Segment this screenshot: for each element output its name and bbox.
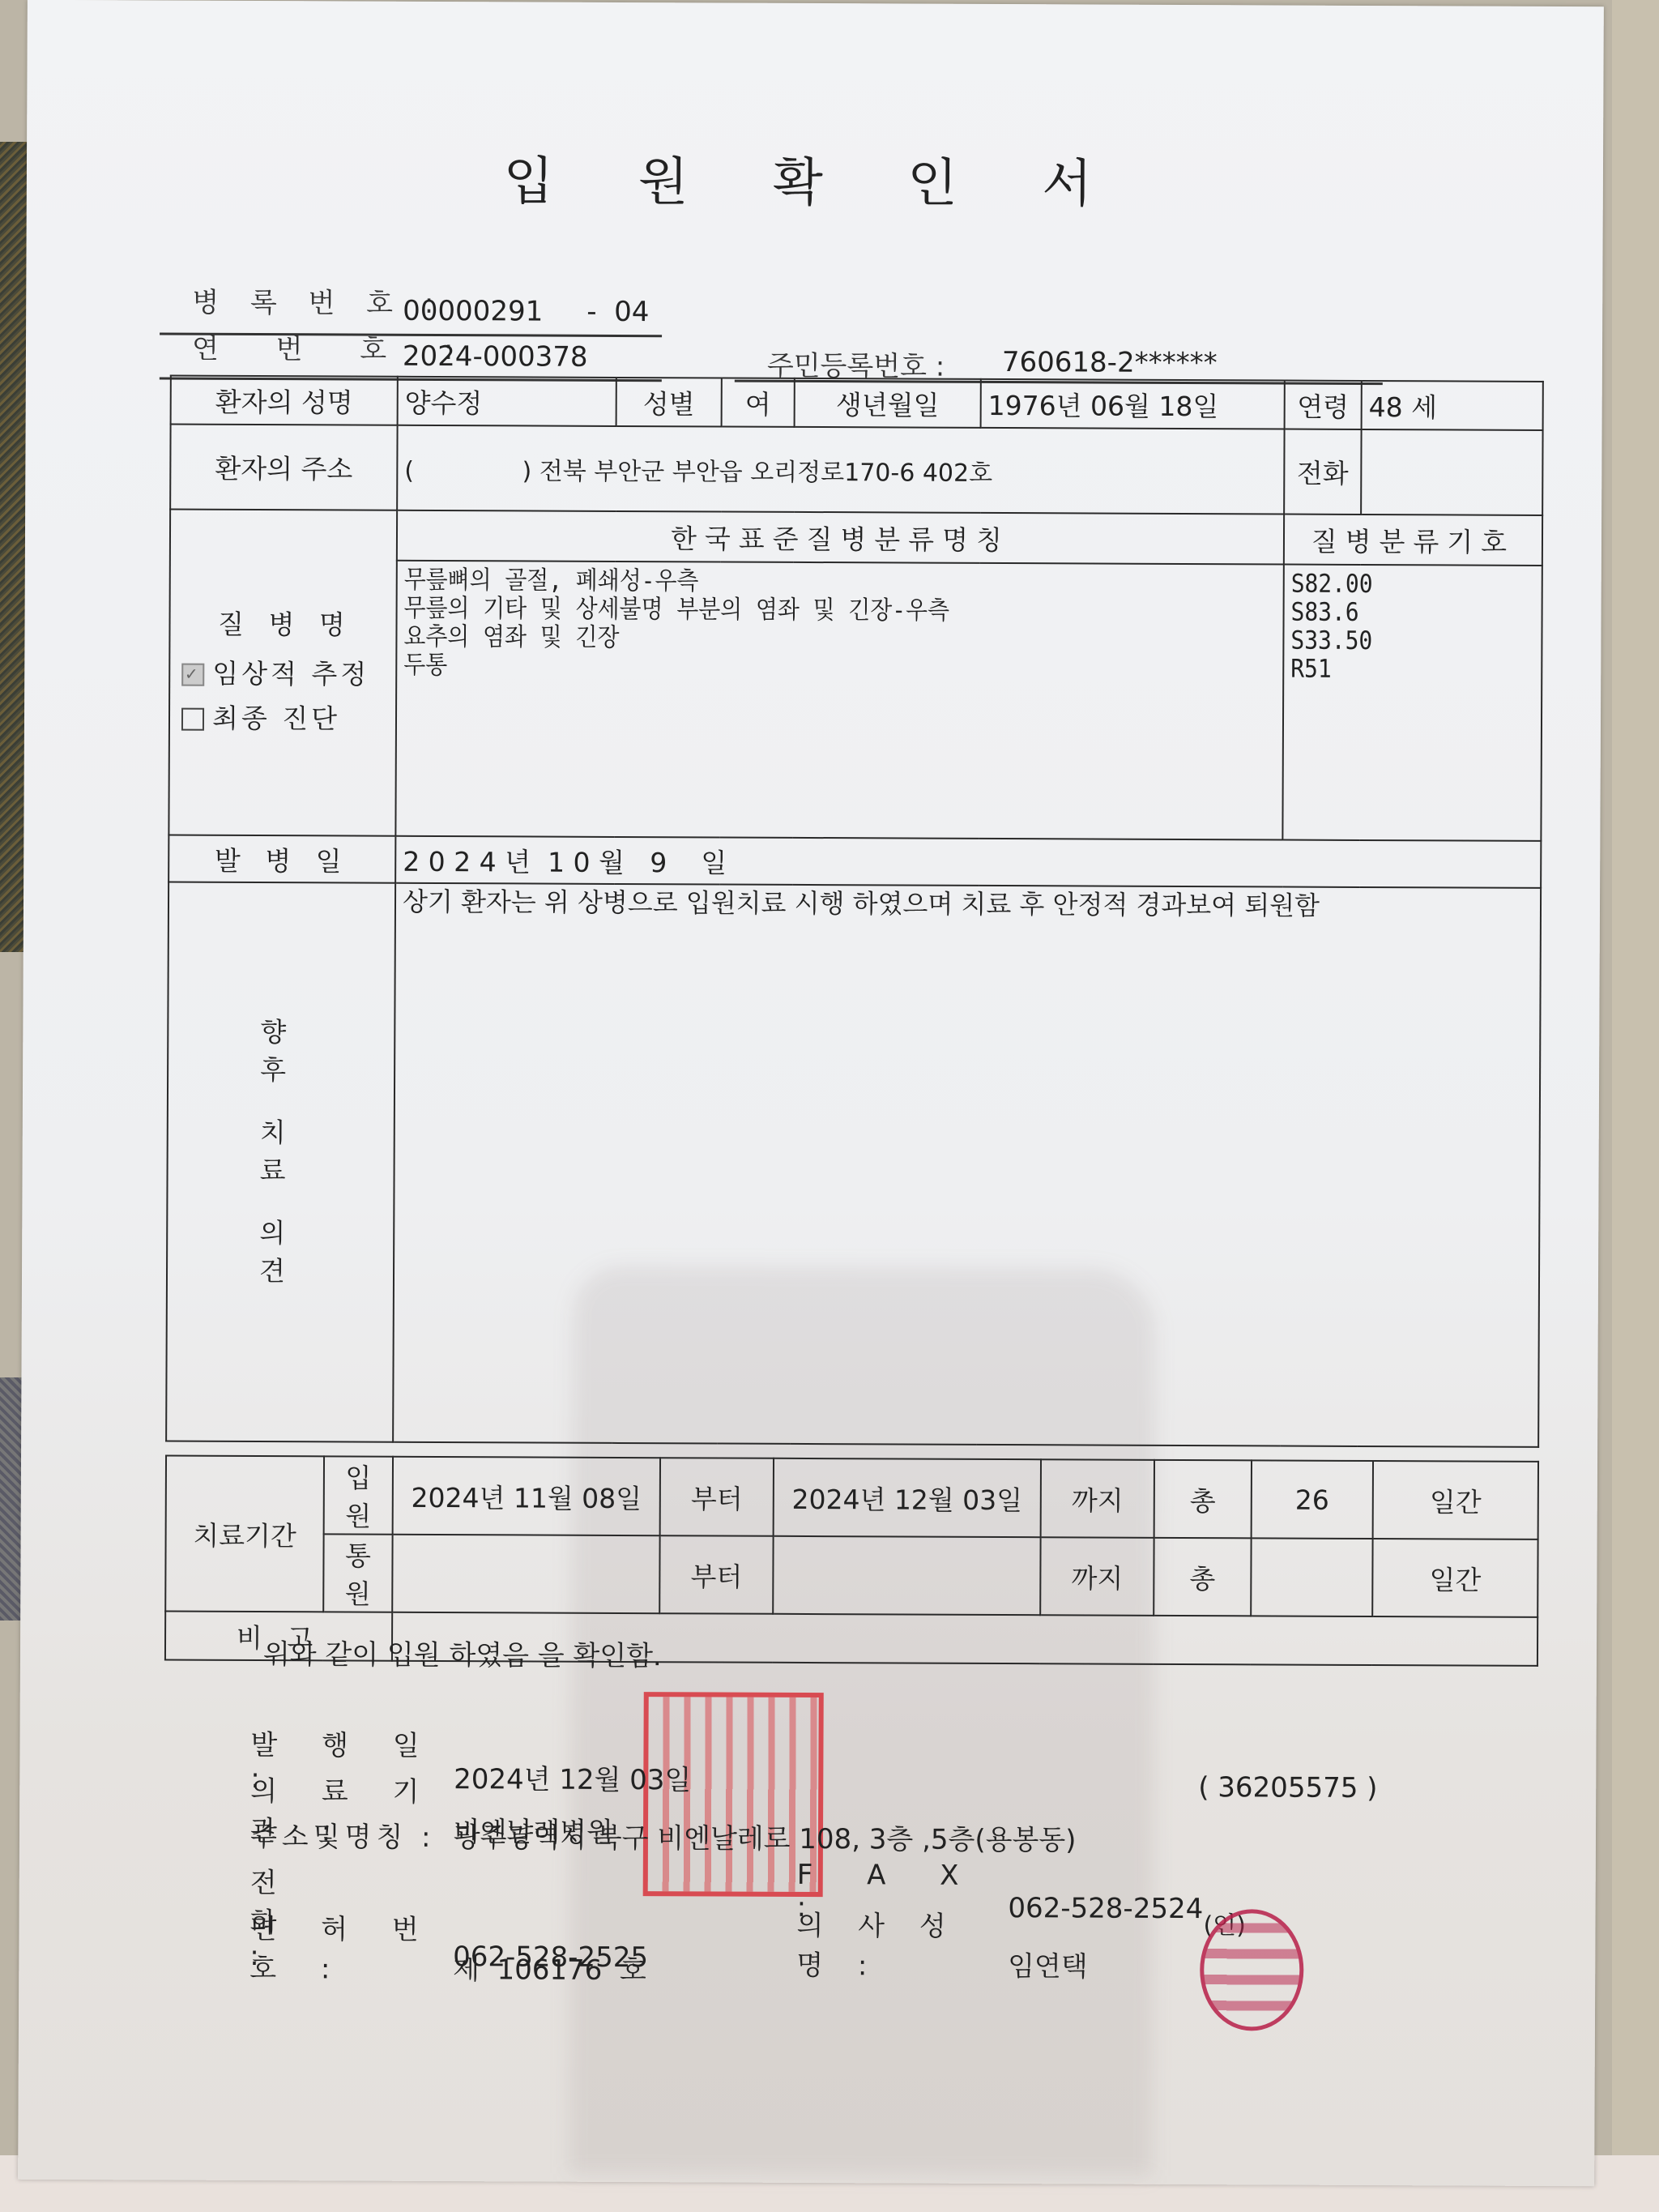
patient-name-label: 환자의 성명 bbox=[171, 376, 398, 425]
diagnosis-code: S82.00 bbox=[1291, 570, 1511, 600]
hospital-address-label: 주소및명칭 : bbox=[250, 1814, 445, 1855]
kcd-name-header: 한국표준질병분류명칭 bbox=[397, 510, 1284, 565]
kcd-code-header: 질병분류기호 bbox=[1284, 515, 1542, 566]
opinion-label-line: 향 후 bbox=[175, 1011, 388, 1112]
phone-label: 전화 bbox=[1284, 429, 1361, 515]
sex-label: 성별 bbox=[616, 378, 722, 427]
diagnosis-code: S83.6 bbox=[1291, 599, 1511, 628]
treatment-row: 통 원부터까지총일간 bbox=[165, 1534, 1537, 1617]
treatment-to bbox=[773, 1536, 1040, 1615]
rrn: 760618-2****** bbox=[1002, 346, 1218, 379]
doctor-row: 의 사 성 명 : 임연택 bbox=[796, 1903, 1088, 1984]
total-days bbox=[1251, 1538, 1372, 1616]
diagnosis-code: S33.50 bbox=[1290, 627, 1510, 656]
diagnosis-name: 무릎뼈의 골절, 폐쇄성-우측 bbox=[404, 566, 1189, 598]
diagnosis-options: ✓임상적 추정최종 진단 bbox=[181, 652, 389, 736]
total-unit: 일간 bbox=[1373, 1461, 1538, 1539]
onset-value: 2 0 2 4 년 1 0 월 9 일 bbox=[395, 836, 1541, 888]
total-days: 26 bbox=[1252, 1460, 1373, 1539]
treatment-type: 통 원 bbox=[323, 1534, 392, 1612]
address-value: ( ) 전북 부안군 부안읍 오리정로170-6 402호 bbox=[397, 425, 1284, 515]
hospital-address-row: 주소및명칭 : 광주광역시 북구 비엔날레로 108, 3층 ,5층(용봉동) bbox=[250, 1814, 1077, 1857]
institution-code: ( 36205575 ) bbox=[1198, 1771, 1377, 1804]
total-prefix: 총 bbox=[1154, 1460, 1252, 1539]
to-suffix: 까지 bbox=[1040, 1537, 1154, 1616]
address-label: 환자의 주소 bbox=[170, 425, 397, 510]
onset-label: 발 병 일 bbox=[168, 835, 395, 883]
license-no: 제 106176 호 bbox=[453, 1954, 646, 1987]
treatment-from bbox=[392, 1535, 659, 1613]
doctor-name: 임연택 bbox=[1008, 1950, 1088, 1983]
total-prefix: 총 bbox=[1154, 1538, 1251, 1616]
diagnosis-option: ✓임상적 추정 bbox=[181, 652, 389, 691]
diagnosis-name: 요추의 염좌 및 긴장 bbox=[403, 623, 1188, 655]
document-title: 입 원 확 인 서 bbox=[27, 138, 1603, 219]
diagnosis-option-label: 최종 진단 bbox=[212, 702, 340, 734]
diagnosis-code: R51 bbox=[1290, 655, 1510, 685]
treatment-period-label: 치료기간 bbox=[165, 1456, 324, 1612]
checkbox-icon bbox=[181, 708, 204, 731]
opinion-label: 향 후치 료의 견 bbox=[166, 882, 395, 1442]
opinion-label-line: 의 견 bbox=[174, 1212, 387, 1313]
record-no: 00000291 - 04 bbox=[403, 295, 649, 328]
diagnosis-option: 최종 진단 bbox=[181, 697, 389, 736]
treatment-to: 2024년 12월 03일 bbox=[774, 1458, 1041, 1537]
confirm-statement: 위와 같이 입원 하였음 을 확인함. bbox=[263, 1632, 662, 1673]
from-suffix: 부터 bbox=[659, 1535, 773, 1614]
diagnosis-codes: S82.00S83.6S33.50R51 bbox=[1282, 565, 1542, 841]
admission-form-table: 환자의 성명 양수정 성별 여 생년월일 1976년 06월 18일 연령 48… bbox=[165, 375, 1544, 1448]
opinion-label-line: 치 료 bbox=[174, 1112, 387, 1213]
treatment-row: 치료기간입 원2024년 11월 08일부터2024년 12월 03일까지총26… bbox=[166, 1456, 1538, 1539]
checked-box-icon: ✓ bbox=[181, 664, 204, 686]
diagnosis-option-label: 임상적 추정 bbox=[212, 657, 369, 690]
hospital-address: 광주광역시 북구 비엔날레로 108, 3층 ,5층(용봉동) bbox=[454, 1821, 1077, 1856]
from-suffix: 부터 bbox=[660, 1458, 774, 1536]
age-label: 연령 bbox=[1285, 381, 1362, 429]
dob-label: 생년월일 bbox=[795, 378, 981, 428]
to-suffix: 까지 bbox=[1041, 1459, 1154, 1538]
license-label: 면 허 번 호 : bbox=[249, 1907, 444, 1987]
diagnosis-names: 무릎뼈의 골절, 폐쇄성-우측무릎의 기타 및 상세불명 부분의 염좌 및 긴장… bbox=[395, 561, 1283, 840]
diagnosis-label: 질 병 명 bbox=[181, 603, 389, 642]
doctor-seal bbox=[1200, 1909, 1304, 2031]
background-surface bbox=[1612, 0, 1659, 2212]
serial-no: 2024-000378 bbox=[403, 340, 588, 374]
license-row: 면 허 번 호 : 제 106176 호 bbox=[249, 1907, 646, 1988]
diagnosis-name: 두통 bbox=[403, 651, 1188, 683]
patient-name: 양수정 bbox=[398, 377, 616, 426]
dob-value: 1976년 06월 18일 bbox=[981, 379, 1285, 429]
admission-certificate-paper: 입 원 확 인 서 병 록 번 호 : 00000291 - 04 연 번 호 … bbox=[18, 0, 1604, 2186]
age-value: 48 세 bbox=[1362, 381, 1543, 430]
phone-value bbox=[1361, 429, 1542, 515]
treatment-from: 2024년 11월 08일 bbox=[393, 1457, 660, 1535]
opinion-text: 상기 환자는 위 상병으로 입원치료 시행 하였으며 치료 후 안정적 경과보여… bbox=[393, 883, 1541, 1447]
diagnosis-name: 무릎의 기타 및 상세불명 부분의 염좌 및 긴장-우측 bbox=[404, 595, 1189, 626]
total-unit: 일간 bbox=[1372, 1539, 1537, 1617]
sex-value: 여 bbox=[722, 378, 795, 427]
doctor-label: 의 사 성 명 : bbox=[796, 1903, 999, 1984]
treatment-type: 입 원 bbox=[324, 1456, 393, 1534]
diagnosis-label-cell: 질 병 명 ✓임상적 추정최종 진단 bbox=[168, 510, 397, 836]
